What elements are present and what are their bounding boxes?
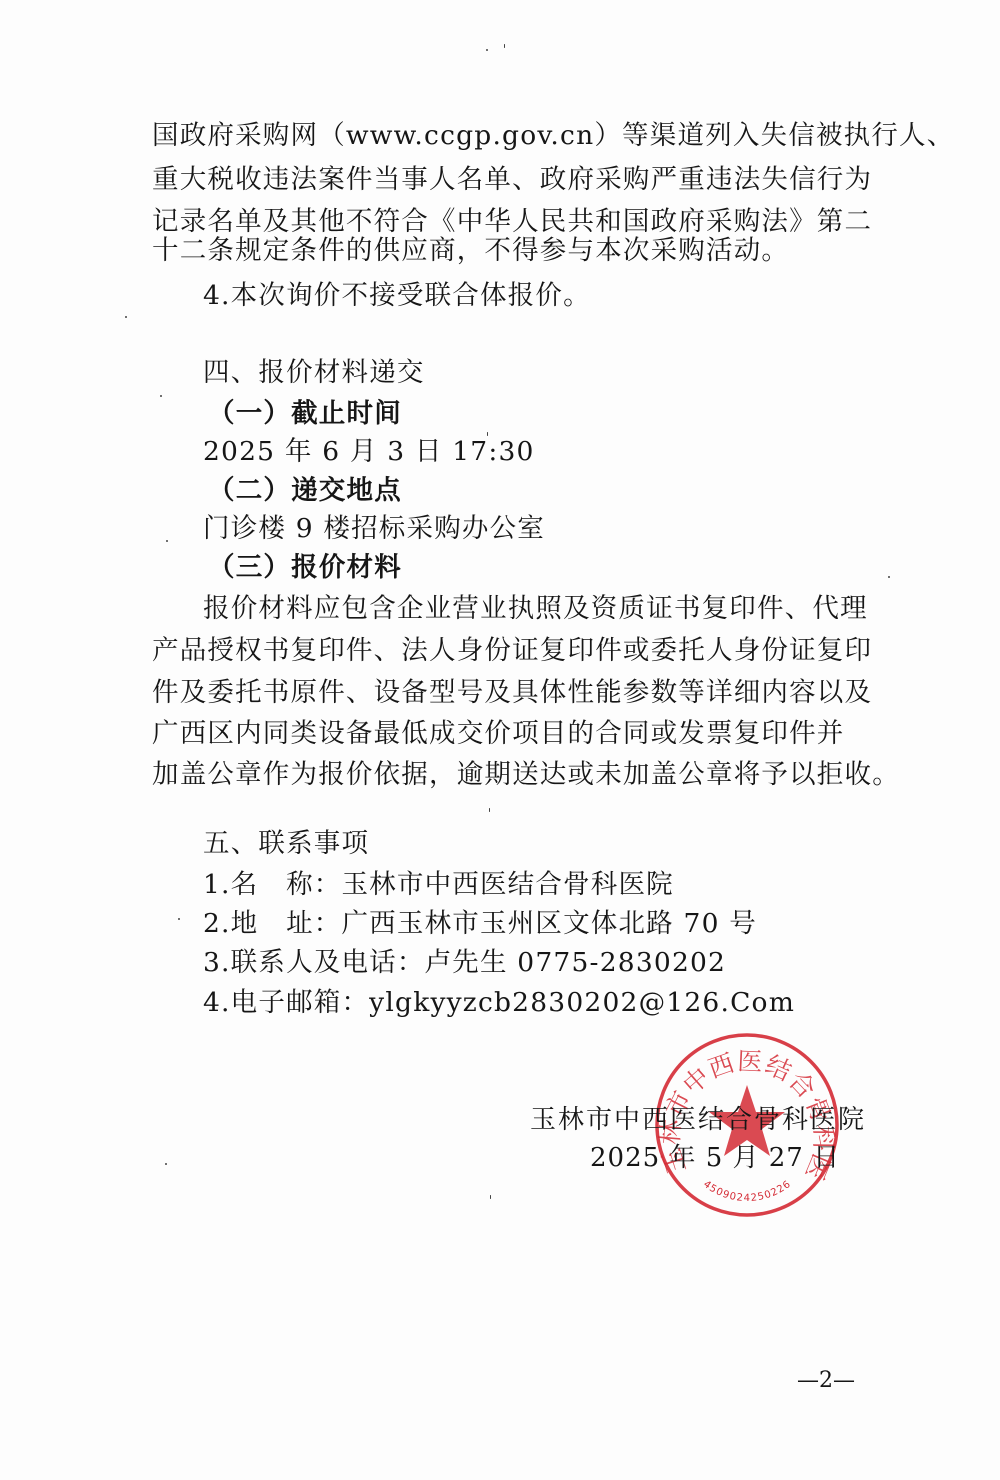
location-heading: （二）递交地点	[208, 473, 402, 509]
scan-speck	[504, 44, 505, 48]
signature-date: 2025 年 5 月 27 日	[590, 1141, 840, 1175]
paragraph-line: 重大税收违法案件当事人名单、政府采购严重违法失信行为	[152, 162, 872, 198]
contact-phone: 3.联系人及电话：卢先生 0775-2830202	[203, 945, 726, 981]
seal-code: 4509024250226	[701, 1179, 793, 1204]
scan-speck	[486, 49, 488, 51]
paragraph-line: 十二条规定条件的供应商，不得参与本次采购活动。	[152, 233, 789, 269]
scan-speck	[160, 395, 162, 397]
scan-speck	[490, 1195, 491, 1199]
materials-line: 报价材料应包含企业营业执照及资质证书复印件、代理	[203, 591, 868, 627]
document-page: 国政府采购网（www.ccgp.gov.cn）等渠道列入失信被执行人、 重大税收…	[0, 0, 1000, 1480]
materials-heading: （三）报价材料	[208, 550, 402, 586]
contact-name: 1.名 称：玉林市中西医结合骨科医院	[203, 867, 674, 903]
contact-email: 4.电子邮箱：ylgkyyzcb2830202@126.Com	[203, 985, 795, 1021]
scan-speck	[125, 316, 127, 318]
deadline-heading: （一）截止时间	[208, 396, 402, 432]
scan-speck	[165, 1163, 167, 1165]
deadline-value: 2025 年 6 月 3 日 17:30	[203, 434, 535, 470]
scan-speck	[489, 808, 490, 812]
section-5-heading: 五、联系事项	[203, 826, 369, 862]
signature-organization: 玉林市中西医结合骨科医院	[530, 1103, 866, 1137]
section-4-heading: 四、报价材料递交	[203, 355, 425, 391]
paragraph-line: 国政府采购网（www.ccgp.gov.cn）等渠道列入失信被执行人、	[152, 118, 954, 154]
scan-speck	[888, 576, 890, 578]
svg-text:4509024250226: 4509024250226	[701, 1179, 793, 1204]
item-4: 4.本次询价不接受联合体报价。	[203, 278, 591, 314]
page-number: —2—	[797, 1368, 855, 1393]
materials-line: 件及委托书原件、设备型号及具体性能参数等详细内容以及	[152, 675, 872, 711]
location-value: 门诊楼 9 楼招标采购办公室	[203, 511, 545, 547]
materials-line: 加盖公章作为报价依据，逾期送达或未加盖公章将予以拒收。	[152, 757, 900, 793]
materials-line: 产品授权书复印件、法人身份证复印件或委托人身份证复印	[152, 633, 872, 669]
materials-line: 广西区内同类设备最低成交价项目的合同或发票复印件并	[152, 716, 845, 752]
contact-address: 2.地 址：广西玉林市玉州区文体北路 70 号	[203, 906, 757, 942]
scan-speck	[166, 540, 168, 542]
scan-speck	[178, 918, 180, 920]
